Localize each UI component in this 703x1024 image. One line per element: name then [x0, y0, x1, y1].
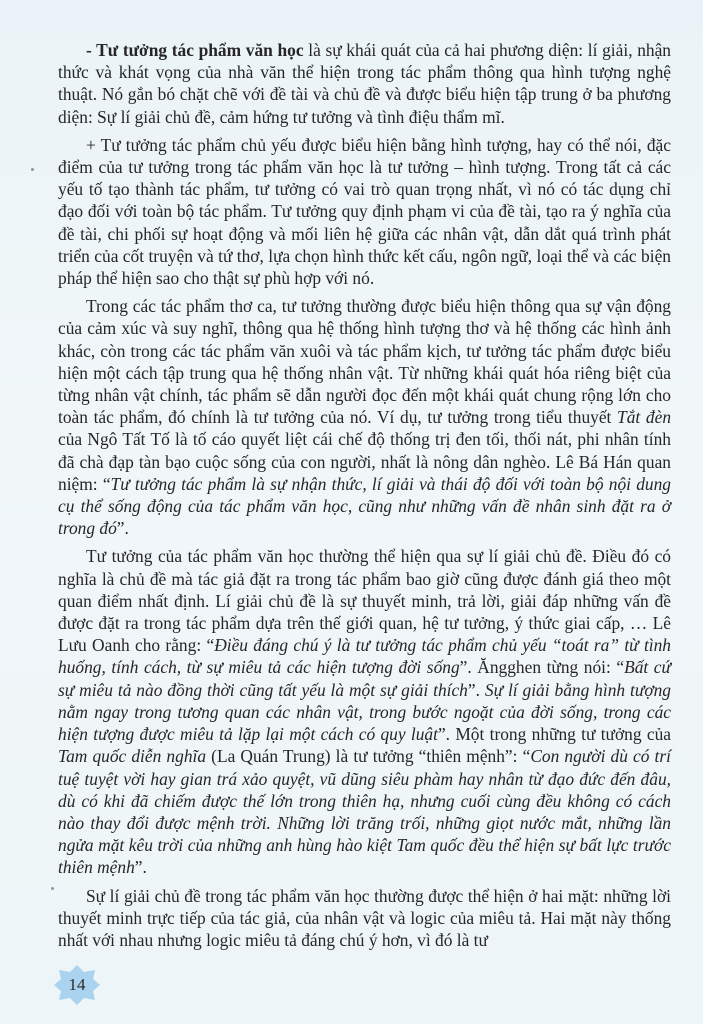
book-title: Tắt đèn — [617, 407, 671, 427]
scan-speck — [51, 887, 54, 890]
page-number-badge: 14 — [54, 965, 100, 1005]
quote: Tư tưởng tác phẩm là sự nhận thức, lí gi… — [58, 474, 671, 538]
scan-speck — [31, 168, 34, 171]
book-title: Tam quốc diễn nghĩa — [58, 746, 206, 766]
paragraph-theme-interpretation: Tư tưởng của tác phẩm văn học thường thể… — [58, 545, 671, 878]
paragraph-definition: - Tư tưởng tác phẩm văn học là sự khái q… — [58, 39, 671, 128]
page-number: 14 — [54, 965, 100, 1005]
book-page: - Tư tưởng tác phẩm văn học là sự khái q… — [0, 0, 703, 1024]
paragraph-poetry-prose: Trong các tác phẩm thơ ca, tư tưởng thườ… — [58, 295, 671, 539]
paragraph-two-aspects: Sự lí giải chủ đề trong tác phẩm văn học… — [58, 885, 671, 952]
body-text: - Tư tưởng tác phẩm văn học là sự khái q… — [58, 39, 671, 957]
paragraph-imagery: + Tư tưởng tác phẩm chủ yếu được biểu hi… — [58, 134, 671, 289]
term-heading: - Tư tưởng tác phẩm văn học — [86, 40, 304, 60]
